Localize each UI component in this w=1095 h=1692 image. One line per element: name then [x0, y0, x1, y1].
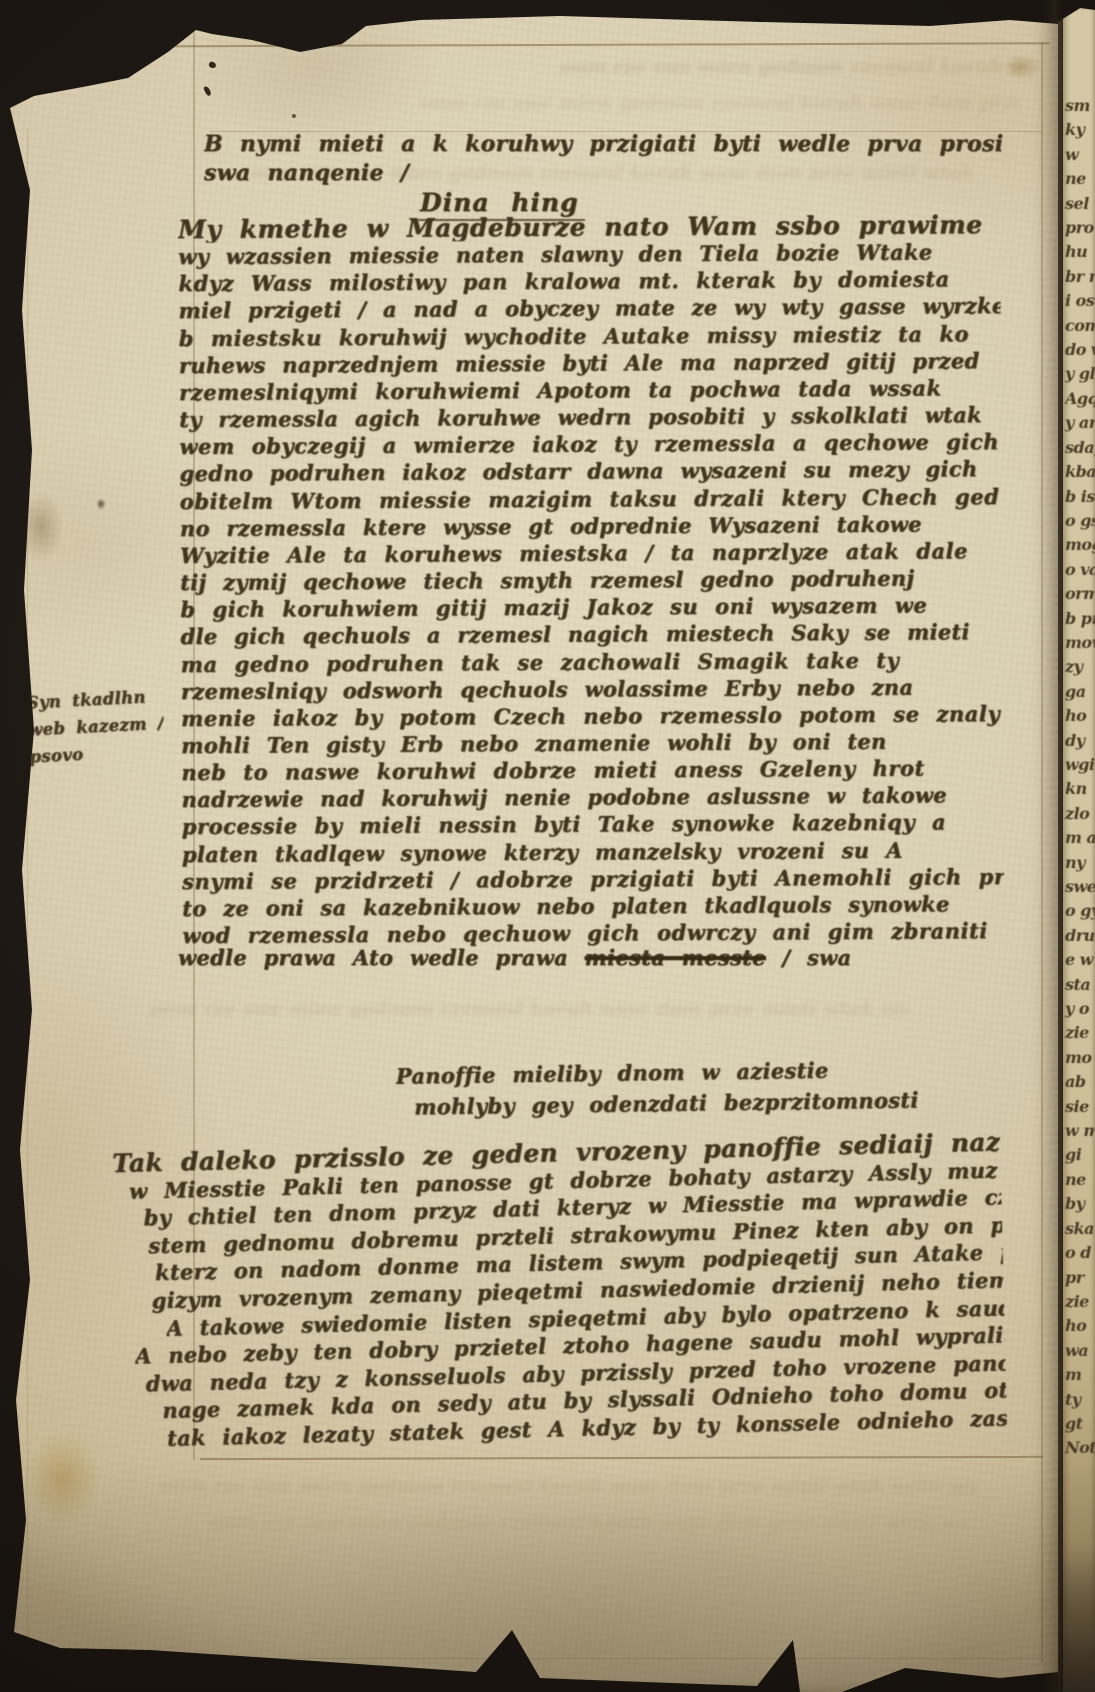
bleed-through-text: onm rze swe mien gednom rzemesl koruh ws…: [160, 1475, 980, 1497]
text-line: b ist: [1065, 485, 1095, 509]
text-line: by: [1065, 1192, 1095, 1216]
text-line: sta: [1065, 973, 1095, 997]
bleed-through-text: onm rze swe mien gednom rzemesl koruh ws…: [150, 998, 910, 1020]
manuscript-page: onm rze swe mien gednom rzemesl koruh ws…: [0, 0, 1058, 1692]
text-line: zie: [1065, 1290, 1095, 1314]
text-line: br n: [1065, 265, 1095, 289]
stain: [1002, 54, 1042, 80]
text-line: psovo: [29, 736, 166, 770]
text-line: m a: [1065, 826, 1095, 850]
ink-speck: [203, 85, 212, 96]
text-line: ho: [1065, 704, 1095, 728]
text-line: mow: [1065, 631, 1095, 655]
text-line: y o: [1065, 997, 1095, 1021]
bleed-through-text: onm rze swe mien gednom rzemesl koruh ws…: [210, 1512, 970, 1534]
bleed-through-text: onm rze swe mien gednom rzemesl koruh ws…: [560, 56, 1020, 78]
text-line: comz: [1065, 314, 1095, 338]
ink-speck: [292, 114, 296, 118]
last-line-pre: wedle prawa Ato wedle prawa: [178, 945, 585, 970]
text-line: o gy: [1065, 899, 1095, 923]
text-line: ho: [1065, 1314, 1095, 1338]
text-line: do vr: [1065, 338, 1095, 362]
text-line: mogr: [1065, 533, 1095, 557]
text-line: ne: [1065, 167, 1095, 191]
ruling-right-margin: [1041, 42, 1043, 1662]
text-line: swa nanqenie /: [204, 159, 1004, 188]
ruling-top: [28, 42, 1050, 47]
text-line: w: [1065, 143, 1095, 167]
ruling-bottom: [200, 1456, 1043, 1460]
text-line: gi: [1065, 1143, 1095, 1167]
intro-lines: B nymi mieti a k koruhwy przigiati byti …: [204, 130, 1004, 188]
text-line: y ar: [1065, 411, 1095, 435]
text-line: w m: [1065, 1119, 1095, 1143]
second-paragraph: Tak daleko przisslo ze geden vrozeny pan…: [112, 1128, 1007, 1453]
text-line: y glo: [1065, 362, 1095, 386]
text-line: wgi: [1065, 753, 1095, 777]
text-line: Agq: [1065, 387, 1095, 411]
text-line: kn: [1065, 777, 1095, 801]
text-line: pr: [1065, 1266, 1095, 1290]
adjacent-page-edge: smkywneselprohubr ni oswcomzdo vry gloAg…: [1058, 8, 1095, 1692]
stain: [18, 492, 64, 562]
text-line: dy: [1065, 729, 1095, 753]
ruling-left-outer: [27, 128, 28, 1640]
text-line: zie: [1065, 1021, 1095, 1045]
text-line: o d: [1065, 1241, 1095, 1265]
text-line: Nota: [1065, 1436, 1095, 1460]
text-line: ab: [1065, 1070, 1095, 1094]
text-line: sel: [1065, 192, 1095, 216]
text-line: ky: [1065, 118, 1095, 142]
text-line: swe: [1065, 875, 1095, 899]
ink-speck: [208, 61, 217, 69]
stain: [26, 1430, 100, 1526]
text-line: B nymi mieti a k koruhwy przigiati byti …: [204, 130, 1004, 159]
text-line: kbay: [1065, 460, 1095, 484]
text-line: m: [1065, 1363, 1095, 1387]
adjacent-page-shadow: [1058, 1542, 1095, 1692]
text-line: ny: [1065, 851, 1095, 875]
text-line: ty: [1065, 1388, 1095, 1412]
text-line: zlo: [1065, 802, 1095, 826]
text-line: e w: [1065, 948, 1095, 972]
bleed-through-text: onm rze swe mien gednom rzemesl koruh ws…: [420, 92, 1020, 114]
text-line: mohlyby gey odenzdati bezprzitomnosti: [414, 1085, 919, 1123]
text-line: i osw: [1065, 289, 1095, 313]
text-line: zy: [1065, 655, 1095, 679]
text-line: wa: [1065, 1339, 1095, 1363]
text-line: o vay: [1065, 558, 1095, 582]
text-line: sday: [1065, 436, 1095, 460]
text-line: ormj: [1065, 582, 1095, 606]
stain: [96, 498, 106, 510]
margin-note: Syn tkadlhnweb kazezm /psovo: [26, 682, 166, 770]
text-line: mo: [1065, 1046, 1095, 1070]
adjacent-page-text-fragments: smkywneselprohubr ni oswcomzdo vry gloAg…: [1065, 94, 1095, 1461]
text-line: sm: [1065, 94, 1095, 118]
ruling-bottom-lower: [252, 1658, 1042, 1659]
text-line: ne: [1065, 1168, 1095, 1192]
text-line: hu: [1065, 240, 1095, 264]
text-line: gt: [1065, 1412, 1095, 1436]
text-line: ga: [1065, 680, 1095, 704]
text-line: ska: [1065, 1217, 1095, 1241]
struck-words: miesta messte: [585, 945, 766, 970]
main-paragraph: My kmethe w Magdeburze nato Wam ssbo pra…: [178, 211, 1004, 949]
text-line: pro: [1065, 216, 1095, 240]
text-line: b przy: [1065, 607, 1095, 631]
text-line: sie: [1065, 1095, 1095, 1119]
text-line: dru: [1065, 924, 1095, 948]
main-paragraph-last-line: wedle prawa Ato wedle prawa miesta messt…: [178, 945, 851, 970]
manuscript-photo: smkywneselprohubr ni oswcomzdo vry gloAg…: [0, 0, 1095, 1692]
text-line: o gs: [1065, 509, 1095, 533]
last-line-post: / swa: [766, 945, 852, 970]
subsection-heading: Panoffie mieliby dnom w aziestiemohlyby …: [396, 1054, 919, 1122]
text-line: dle gich qechuols a rzemesl nagich miest…: [180, 618, 1002, 650]
